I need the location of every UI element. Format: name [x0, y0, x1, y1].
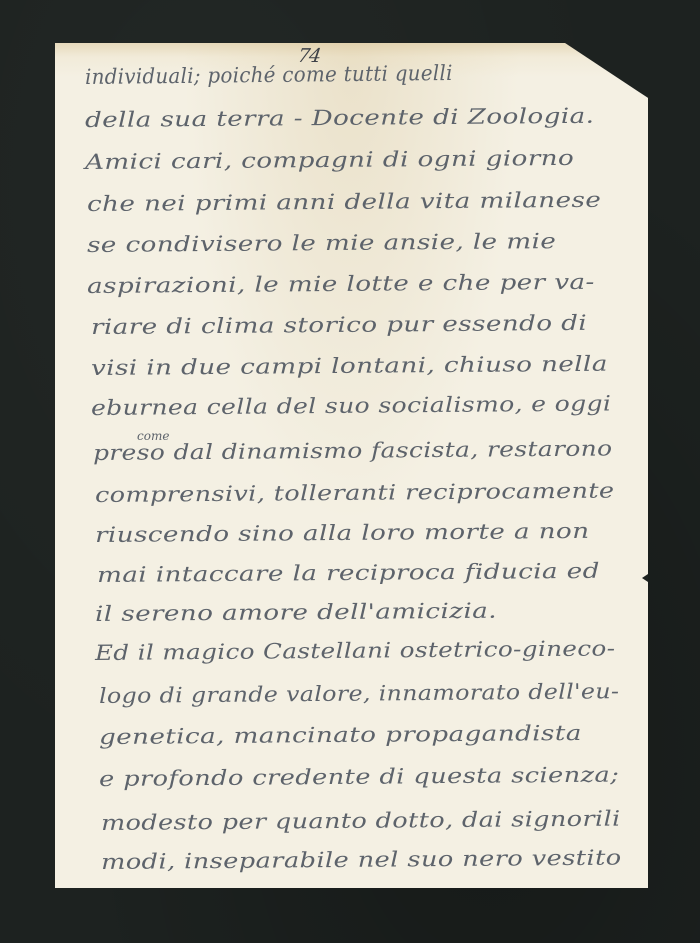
text-line: mai intaccare la reciproca fiducia ed — [97, 559, 600, 587]
text-line: che nei primi anni della vita milanese — [87, 188, 601, 216]
text-line: comprensivi, tolleranti reciprocamente — [95, 479, 615, 507]
text-line: genetica, mancinato propagandista — [99, 721, 582, 749]
text-line: aspirazioni, le mie lotte e che per va- — [87, 270, 595, 298]
handwritten-text-body: individuali; poiché come tutti quelli de… — [55, 43, 648, 888]
text-line: eburnea cella del suo socialismo, e oggi — [91, 391, 612, 420]
text-line: e profondo credente di questa scienza; — [99, 763, 619, 791]
text-line: riare di clima storico pur essendo di — [91, 311, 587, 339]
paper-edge-notch — [642, 574, 648, 582]
text-line: modesto per quanto dotto, dai signorili — [101, 807, 621, 835]
text-line: Ed il magico Castellani ostetrico-gineco… — [95, 636, 616, 665]
text-line: logo di grande valore, innamorato dell'e… — [99, 679, 620, 708]
text-line: il sereno amore dell'amicizia. — [95, 599, 497, 626]
text-line: individuali; poiché come tutti quelli — [85, 59, 605, 89]
text-line: se condivisero le mie ansie, le mie — [87, 229, 556, 257]
text-line: visi in due campi lontani, chiuso nella — [91, 352, 608, 380]
text-line: modi, inseparabile nel suo nero vestito — [101, 846, 622, 874]
text-line: preso dal dinamismo fascista, restarono — [93, 436, 613, 465]
letter-page: 74 individuali; poiché come tutti quelli… — [55, 43, 648, 888]
text-line: della sua terra - Docente di Zoologia. — [85, 104, 595, 132]
text-line: Amici cari, compagni di ogni giorno — [85, 146, 574, 174]
text-line: riuscendo sino alla loro morte a non — [95, 519, 590, 547]
